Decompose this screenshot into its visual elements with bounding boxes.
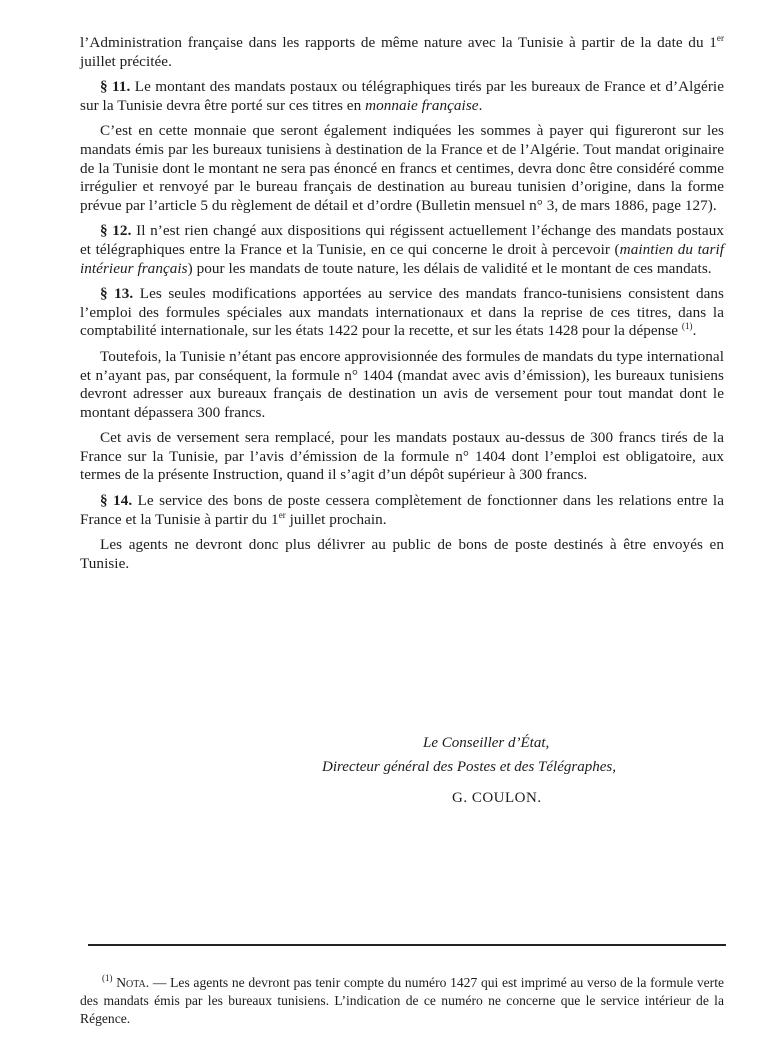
section-12: § 12. Il n’est rien changé aux dispositi… xyxy=(80,222,724,278)
paragraph-toutefois: Toutefois, la Tunisie n’étant pas encore… xyxy=(80,348,724,422)
section-13: § 13. Les seules modifications apportées… xyxy=(80,285,724,341)
paragraph-text: Toutefois, la Tunisie n’étant pas encore… xyxy=(80,348,724,421)
paragraph-tail: ) pour les mandats de toute nature, les … xyxy=(188,260,712,277)
section-number: § 14. xyxy=(100,492,132,509)
paragraph-continuation: l’Administration française dans les rapp… xyxy=(80,34,724,71)
section-14: § 14. Le service des bons de poste cesse… xyxy=(80,492,724,529)
footnote-divider xyxy=(88,944,726,946)
italic-text: monnaie française xyxy=(365,97,478,114)
footnote-label: Nota. xyxy=(116,975,149,990)
footnote-reference: (1) xyxy=(682,321,693,331)
paragraph-tail: juillet précitée. xyxy=(80,53,172,70)
paragraph-tail: . xyxy=(479,97,483,114)
footnote-marker: (1) xyxy=(102,973,113,983)
section-number: § 11. xyxy=(100,78,130,95)
paragraph-text: Cet avis de versement sera remplacé, pou… xyxy=(80,429,724,483)
paragraph-avis: Cet avis de versement sera remplacé, pou… xyxy=(80,429,724,485)
paragraph-tail: juillet prochain. xyxy=(286,511,387,528)
paragraph-text: C’est en cette monnaie que seront égalem… xyxy=(80,122,724,213)
section-number: § 12. xyxy=(100,222,131,239)
document-body: l’Administration française dans les rapp… xyxy=(80,34,724,580)
signature-title: Le Conseiller d’État, xyxy=(423,734,549,752)
paragraph-tail: . xyxy=(693,322,697,339)
paragraph-agents: Les agents ne devront donc plus délivrer… xyxy=(80,536,724,573)
superscript: er xyxy=(279,510,286,520)
superscript: er xyxy=(717,33,724,43)
signature-name: G. COULON. xyxy=(452,789,542,807)
paragraph-currency: C’est en cette monnaie que seront égalem… xyxy=(80,122,724,215)
footnote: (1) Nota. — Les agents ne devront pas te… xyxy=(80,974,724,1028)
signature-office: Directeur général des Postes et des Télé… xyxy=(322,758,616,776)
section-11: § 11. Le montant des mandats postaux ou … xyxy=(80,78,724,115)
paragraph-text: l’Administration française dans les rapp… xyxy=(80,34,717,51)
footnote-text: — Les agents ne devront pas tenir compte… xyxy=(80,975,724,1026)
paragraph-text: Le service des bons de poste cessera com… xyxy=(80,492,724,528)
paragraph-text: Les seules modifications apportées au se… xyxy=(80,285,724,339)
section-number: § 13. xyxy=(100,285,133,302)
paragraph-text: Les agents ne devront donc plus délivrer… xyxy=(80,536,724,572)
